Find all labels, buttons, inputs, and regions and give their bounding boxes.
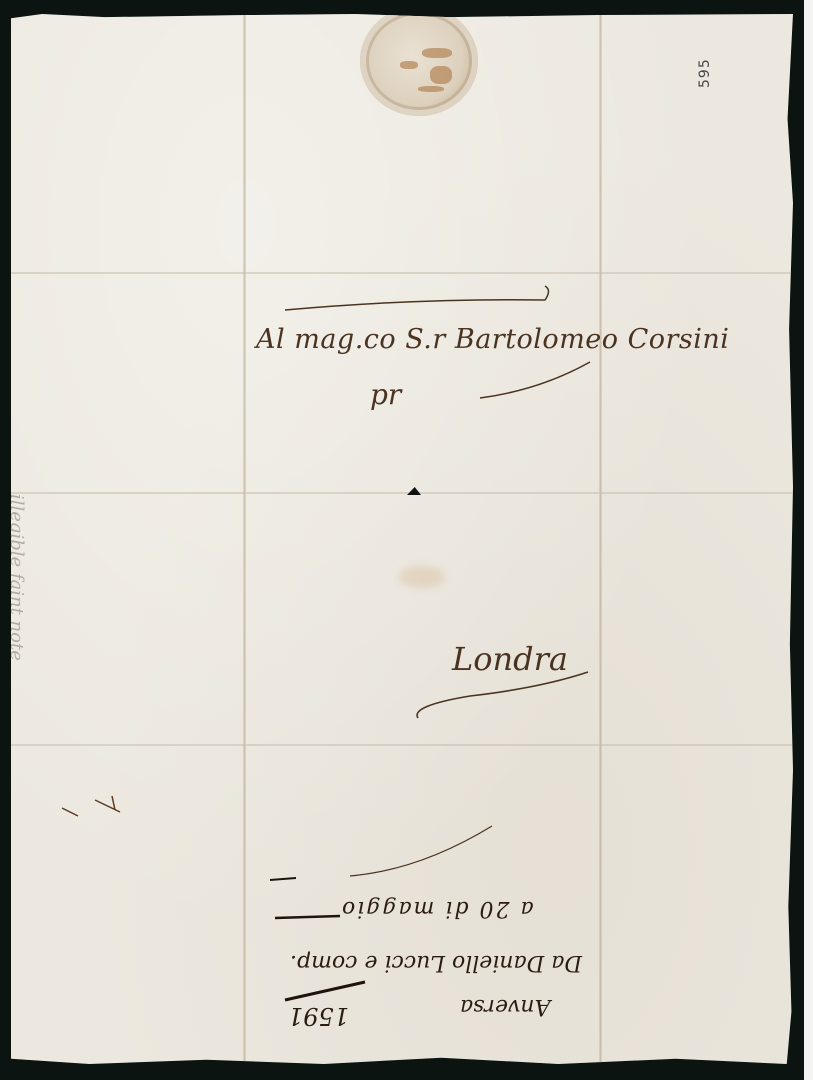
docket-place: Anversa bbox=[460, 994, 550, 1019]
address-abbreviation: pr bbox=[370, 378, 401, 411]
docket-date: a 20 di maggio bbox=[340, 896, 534, 921]
docket-year: 1591 bbox=[288, 1002, 349, 1030]
address-city: Londra bbox=[452, 640, 568, 678]
address-recipient: Al mag.co S.r Bartolomeo Corsini bbox=[256, 324, 729, 355]
docket-sender: Da Daniello Lucci e comp. bbox=[290, 950, 582, 975]
